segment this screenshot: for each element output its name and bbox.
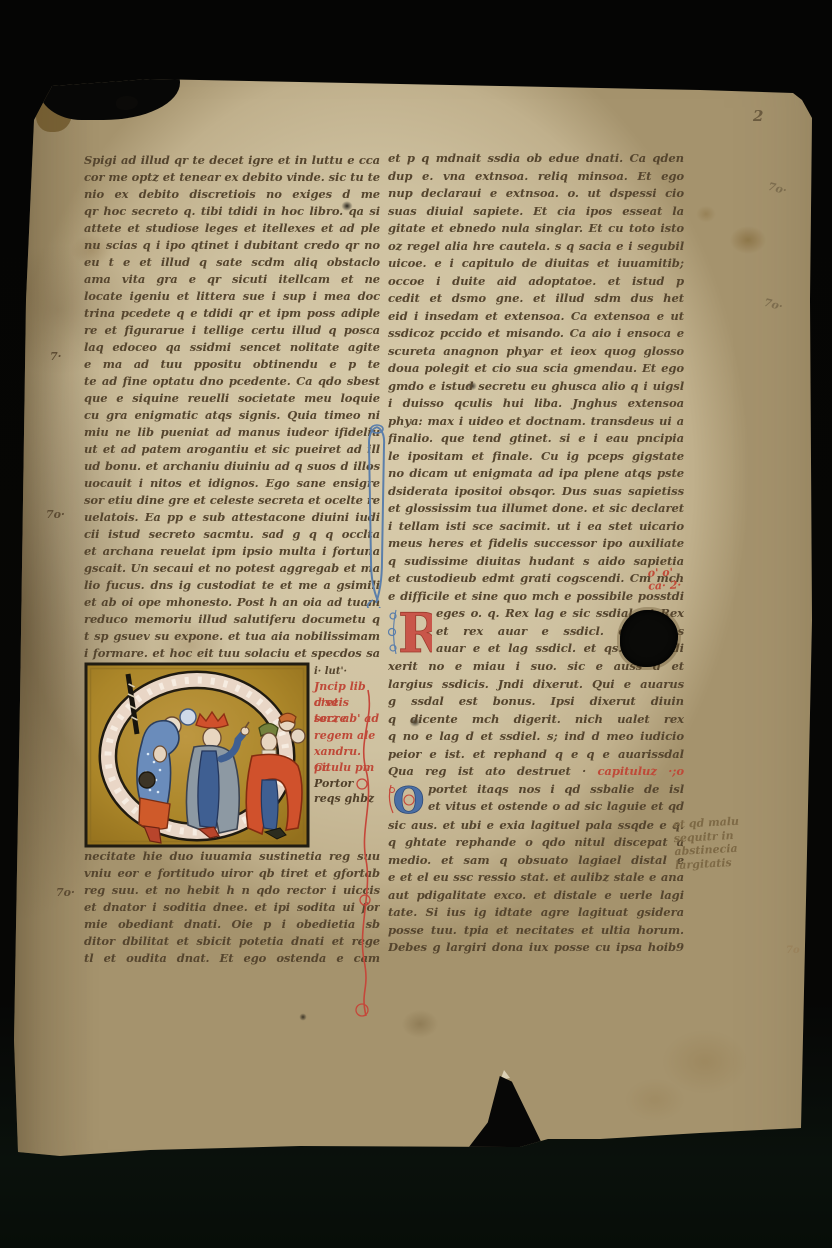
manuscript-text-line: qr hoc secreto q. tibi tdidi in hoc libr… [84, 203, 380, 220]
manuscript-text-line: posse tuu. tpia et necitates et ultia ho… [388, 922, 684, 940]
manuscript-text-line: gscait. Un secaui et no potest aggregab … [84, 560, 380, 577]
right-margin-mark-top: 7o· [767, 180, 788, 197]
incipit-rubric: Jncip lib d'secretis secretorz ab' adreg… [314, 679, 380, 776]
svg-text:O: O [393, 782, 424, 817]
manuscript-text-line: nup declaraui e extnsoa. o. ut dspessi c… [388, 185, 684, 203]
manuscript-text-line: torz ab' ad [314, 711, 380, 727]
manuscript-text-line: mie obediant dnati. Oie p i obedietia sb [84, 916, 380, 933]
manuscript-text-line: o' o' [648, 565, 681, 579]
manuscript-text-line: eu t e et illud q sate scdm aliq obstacl… [84, 254, 380, 271]
manuscript-text-line: finalio. que tend gtinet. si e i eau pnc… [388, 430, 684, 448]
manuscript-text-line: nio ex debito discretiois no exiges d me… [84, 186, 380, 203]
manuscript-text-line: phya: max i uideo et doctnam. transdeus … [388, 413, 684, 431]
manuscript-text-line: locate igeniu et littera sue i sup i mea… [84, 288, 380, 305]
manuscript-text-line: uicoe. e i capitulo de diuitas et iuuami… [388, 255, 684, 273]
manuscript-text-line: trina pcedete q e tdidi qr et ipm poss a… [84, 305, 380, 322]
manuscript-text-line: te ad fine optatu dno pcedente. Ca qdo s… [84, 373, 380, 390]
manuscript-text-line: ama vita gra e qr sicuti itellcam et ne [84, 271, 380, 288]
manuscript-text-line: i duisso qculis hui liba. Jnghus extenso… [388, 395, 684, 413]
manuscript-text-line: lio fucus. dns ig custodiat te et me a g… [84, 577, 380, 594]
manuscript-text-line: q dicente mch digerit. nich ualet rex [388, 711, 684, 729]
oportet-section: O portet itaqs nos i qd ssbalie de isl u… [388, 781, 684, 817]
manuscript-text-line: ca· 2· [648, 578, 681, 592]
manuscript-text-line: cu gra enigmatic atqs signis. Quia timeo… [84, 407, 380, 424]
manuscript-text-line: ut et ad patem arogantiu et sic pueiret … [84, 441, 380, 458]
manuscript-text-line: q sudissime diuitas hudant s aido sapiet… [388, 553, 684, 571]
manuscript-text-line: ssdicoz pccido et misando. Ca aio i enso… [388, 325, 684, 343]
manuscript-text-line: e et el eu ssc ressio stat. et aulibz st… [388, 869, 684, 887]
right-column-mid-text: xerit no e miau i suo. sic e auss d etla… [388, 658, 684, 763]
manuscript-text-line: ud bonu. et archaniu diuiniu ad q suos d… [84, 458, 380, 475]
right-margin-mark-bottom: 7o [786, 944, 800, 957]
manuscript-text-line: doua polegit et cio sua scia gmendau. Et… [388, 360, 684, 378]
manuscript-text-line: xandru. Ca [314, 744, 380, 760]
manuscript-text-line: Debes g largiri dona iux posse cu ipsa h… [388, 939, 684, 957]
manuscript-text-line: nu scias q i ipo qtinet i dubitant credo… [84, 237, 380, 254]
right-margin-mark-mid: 7o· [763, 296, 784, 313]
manuscript-text-line: g ssdal est bonus. Ipsi dixerut diuin [388, 693, 684, 711]
manuscript-text-line: necitate hie duo iuuamia sustinetia reg … [84, 848, 380, 865]
manuscript-text-line: aut pdigalitate exco. et distale e uerle… [388, 887, 684, 905]
manuscript-text-line: reduco memoriu illud salutiferu documetu… [84, 611, 380, 628]
rubric-tail-text: Portorreqs ghbz [314, 776, 380, 806]
manuscript-text-line: t sp gsuev su expone. et tua aia nobilis… [84, 628, 380, 645]
right-column-lower-text: sic aus. et ubi e exia lagituel pala ssq… [388, 817, 684, 957]
manuscript-text-line: miu ne lib pueniat ad manus iudeor ifide… [84, 424, 380, 441]
manuscript-text-line: reg suu. et no hebit h n qdo rector i ui… [84, 882, 380, 899]
manuscript-text-line: tl et oudita dnat. Et ego ostenda e cam [84, 950, 380, 967]
left-column: Spigi ad illud qr te decet igre et in lu… [84, 152, 380, 967]
manuscript-text-line: cretis secre [314, 695, 380, 711]
manuscript-text-line: ditor dbilitat et sbicit potetia dnati e… [84, 933, 380, 950]
manuscript-text-line: oz regel alia hre cautela. s q sacia e i… [388, 238, 684, 256]
manuscript-text-line: le ipositam et finale. Cu ig pceps gigst… [388, 448, 684, 466]
manuscript-text-line: et custodieub edmt grati cogscendi. Cm m… [388, 570, 684, 588]
manuscript-text-line: attete et studiose leges et itellexes et… [84, 220, 380, 237]
svg-text:R: R [398, 606, 432, 658]
chapter-margin-note: o' o'ca· 2· [648, 565, 682, 592]
manuscript-text-line: uelatois. Ea pp e sub attestacone diuini… [84, 509, 380, 526]
manuscript-text-line: uocauit i nitos et idignos. Ego sane ens… [84, 475, 380, 492]
manuscript-text-line: regem ale [314, 728, 380, 744]
right-column-upper-text: et p q mdnait ssdia ob edue dnati. Ca qd… [388, 150, 684, 605]
manuscript-text-line: eid i insedam et extensoa. Ca extensoa e… [388, 308, 684, 326]
manuscript-text-line: tate. Si ius ig idtate agre lagituat gsi… [388, 904, 684, 922]
manuscript-text-line: medio. et sam q obsuato lagiael distal e [388, 852, 684, 870]
oportet-opening-lines: portet itaqs nos i qd ssbalie de isl udt… [388, 781, 684, 816]
left-column-upper-text: Spigi ad illud qr te decet igre et in lu… [84, 152, 380, 662]
manuscript-text-line: pitulu pm [314, 760, 380, 776]
manuscript-photo: 2 Spigi ad illud qr te decet igre et in … [0, 0, 832, 1248]
reader-margin-note: et qd malusequitr inabstinecialargitatis [673, 814, 756, 872]
manuscript-text-line: et ab oi ope mhonesto. Post h an oia ad … [84, 594, 380, 611]
bottom-edge-tear [462, 1076, 548, 1156]
manuscript-text-line: reqs ghbz [314, 791, 380, 806]
miniature-king-scene-icon [84, 662, 310, 848]
manuscript-text-line: occoe i duite aid adoptatoe. et istud p [388, 273, 684, 291]
manuscript-text-line: cii istud secreto sacmtu. sad g q q occl… [84, 526, 380, 543]
catchword: i· lut'· [314, 664, 380, 679]
capitulum-line-black: Qua reg ist ato destruet · [388, 764, 586, 778]
manuscript-text-line: sor etiu dine gre et celeste secreta et … [84, 492, 380, 509]
rubric-strip: i· lut'· Jncip lib d'secretis secretorz … [314, 662, 380, 848]
manuscript-text-line: gitate et ebnedo nula singlar. Et cu tot… [388, 220, 684, 238]
manuscript-text-line: largius ssdicis. Jndi dixerut. Qui e aua… [388, 676, 684, 694]
manuscript-text-line: gmdo e istud secretu eu ghusca alio q i … [388, 378, 684, 396]
manuscript-text-line: no dicam ut enigmata ad ipa plene atqs p… [388, 465, 684, 483]
manuscript-text-line: dsiderata ipositoi obsqor. Dus suas sapi… [388, 483, 684, 501]
manuscript-text-line: peior e ist. et rephand q e q e auarissd… [388, 746, 684, 764]
initial-o-icon: O [388, 782, 424, 817]
corner-tear [38, 66, 180, 120]
manuscript-text-line: re et figurarue i tellige certu illud q … [84, 322, 380, 339]
manuscript-text-line: q no e lag d et ssdiel. s; ind d meo iud… [388, 728, 684, 746]
manuscript-text-line: suas diuial sapiete. Et cia ipos esseat … [388, 203, 684, 221]
miniature-row: i· lut'· Jncip lib d'secretis secretorz … [84, 662, 380, 848]
manuscript-text-line: laq edoceo qa ssidmi sencet nolitate agi… [84, 339, 380, 356]
manuscript-text-line: cor me optz et tenear ex debito vinde. s… [84, 169, 380, 186]
left-column-lower-text: necitate hie duo iuuamia sustinetia reg … [84, 848, 380, 967]
parchment-page: 2 Spigi ad illud qr te decet igre et in … [0, 0, 832, 1248]
manuscript-text-line: meus heres et fidelis successor ipo auxi… [388, 535, 684, 553]
crown-icon [196, 712, 228, 728]
capitulum-line: Qua reg ist ato destruet · capituluz ·;o [388, 763, 684, 781]
left-margin-mark-top: 7· [50, 350, 61, 363]
initial-r-icon: R [388, 606, 432, 658]
manuscript-text-line: i tellam isti sce sacimit. ut i ea stet … [388, 518, 684, 536]
manuscript-text-line: dup e. vna extnsoa. reliq minsoa. Et ego [388, 168, 684, 186]
manuscript-text-line: portet itaqs nos i qd ssbalie de isl udt… [428, 781, 684, 799]
manuscript-text-line: et dnator i soditia dnee. et ipi sodita … [84, 899, 380, 916]
manuscript-text-line: et glossissim tua illumet done. et sic d… [388, 500, 684, 518]
left-margin-mark-mid: 7o· [46, 508, 65, 521]
manuscript-text-line: Spigi ad illud qr te decet igre et in lu… [84, 152, 380, 169]
left-margin-mark-low: 7o· [56, 886, 75, 899]
manuscript-text-line: et vitus et ostende o ad sic laguie et q… [428, 798, 684, 816]
capitulum-rubric: capituluz ·;o [597, 764, 684, 778]
manuscript-text-line: Portor [314, 776, 380, 791]
manuscript-text-line: et archana reuelat ipm ipsio multa i for… [84, 543, 380, 560]
manuscript-text-line: vniu eor e fortitudo uiror qb tiret et g… [84, 865, 380, 882]
manuscript-text-line: sic aus. et ubi e exia lagituel pala ssq… [388, 817, 684, 835]
manuscript-text-line: e ma ad tuu ppositu obtinendu e p te [84, 356, 380, 373]
manuscript-text-line: Jncip lib d'se [314, 679, 380, 695]
folio-number: 2 [753, 108, 763, 124]
manuscript-text-line: q ghtate rephande o qdo nitul discepat a [388, 834, 684, 852]
right-column: et p q mdnait ssdia ob edue dnati. Ca qd… [388, 150, 684, 957]
manuscript-text-line: e difficile et sine quo mch e possibile … [388, 588, 684, 606]
manuscript-text-line: scureta anagnon phyar et ieox quog gloss… [388, 343, 684, 361]
manuscript-text-line: et p q mdnait ssdia ob edue dnati. Ca qd… [388, 150, 684, 168]
manuscript-text-line: cedit et dsmo gne. et illud sdm dus het [388, 290, 684, 308]
manuscript-text-line: que e siquine reuelli societate meu loqu… [84, 390, 380, 407]
manuscript-text-line: i formare. et hoc eit tuu solaciu et spe… [84, 645, 380, 662]
